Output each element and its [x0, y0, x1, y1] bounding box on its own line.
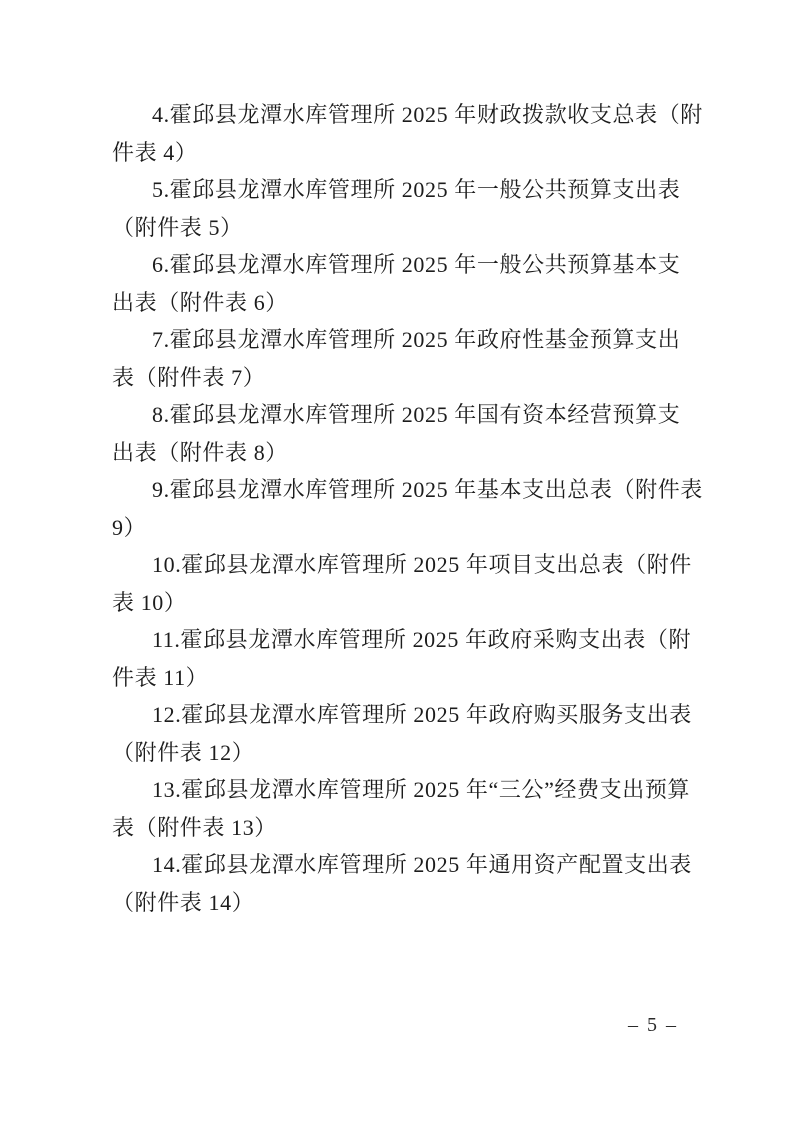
list-item-10: 10.霍邱县龙潭水库管理所 2025 年项目支出总表（附件 表 10）	[112, 546, 690, 621]
list-item-8-line-1: 8.霍邱县龙潭水库管理所 2025 年国有资本经营预算支	[112, 396, 690, 434]
list-item-13-line-2: 表（附件表 13）	[112, 809, 690, 847]
list-item-6-line-2: 出表（附件表 6）	[112, 284, 690, 322]
list-item-8: 8.霍邱县龙潭水库管理所 2025 年国有资本经营预算支 出表（附件表 8）	[112, 396, 690, 471]
list-item-14: 14.霍邱县龙潭水库管理所 2025 年通用资产配置支出表 （附件表 14）	[112, 846, 690, 921]
list-item-11-line-2: 件表 11）	[112, 659, 690, 697]
list-item-8-line-2: 出表（附件表 8）	[112, 434, 690, 472]
list-item-11-line-1: 11.霍邱县龙潭水库管理所 2025 年政府采购支出表（附	[112, 621, 690, 659]
list-item-9-line-2: 9）	[112, 509, 690, 547]
list-item-4: 4.霍邱县龙潭水库管理所 2025 年财政拨款收支总表（附 件表 4）	[112, 96, 690, 171]
list-item-13: 13.霍邱县龙潭水库管理所 2025 年“三公”经费支出预算 表（附件表 13）	[112, 771, 690, 846]
list-item-12-line-2: （附件表 12）	[112, 734, 690, 772]
list-item-6-line-1: 6.霍邱县龙潭水库管理所 2025 年一般公共预算基本支	[112, 246, 690, 284]
list-item-7-line-1: 7.霍邱县龙潭水库管理所 2025 年政府性基金预算支出	[112, 321, 690, 359]
list-item-5-line-2: （附件表 5）	[112, 209, 690, 247]
list-item-10-line-1: 10.霍邱县龙潭水库管理所 2025 年项目支出总表（附件	[112, 546, 690, 584]
list-item-6: 6.霍邱县龙潭水库管理所 2025 年一般公共预算基本支 出表（附件表 6）	[112, 246, 690, 321]
list-item-7-line-2: 表（附件表 7）	[112, 359, 690, 397]
list-item-11: 11.霍邱县龙潭水库管理所 2025 年政府采购支出表（附 件表 11）	[112, 621, 690, 696]
list-item-13-line-1: 13.霍邱县龙潭水库管理所 2025 年“三公”经费支出预算	[112, 771, 690, 809]
list-item-12: 12.霍邱县龙潭水库管理所 2025 年政府购买服务支出表 （附件表 12）	[112, 696, 690, 771]
document-page: 4.霍邱县龙潭水库管理所 2025 年财政拨款收支总表（附 件表 4） 5.霍邱…	[0, 0, 793, 1122]
list-item-5-line-1: 5.霍邱县龙潭水库管理所 2025 年一般公共预算支出表	[112, 171, 690, 209]
list-item-5: 5.霍邱县龙潭水库管理所 2025 年一般公共预算支出表 （附件表 5）	[112, 171, 690, 246]
list-item-9-line-1: 9.霍邱县龙潭水库管理所 2025 年基本支出总表（附件表	[112, 471, 690, 509]
list-item-14-line-1: 14.霍邱县龙潭水库管理所 2025 年通用资产配置支出表	[112, 846, 690, 884]
list-item-10-line-2: 表 10）	[112, 584, 690, 622]
list-item-7: 7.霍邱县龙潭水库管理所 2025 年政府性基金预算支出 表（附件表 7）	[112, 321, 690, 396]
list-item-4-line-1: 4.霍邱县龙潭水库管理所 2025 年财政拨款收支总表（附	[112, 96, 690, 134]
list-item-14-line-2: （附件表 14）	[112, 884, 690, 922]
attachment-list: 4.霍邱县龙潭水库管理所 2025 年财政拨款收支总表（附 件表 4） 5.霍邱…	[112, 96, 690, 921]
page-number: – 5 –	[112, 1011, 678, 1039]
list-item-4-line-2: 件表 4）	[112, 134, 690, 172]
list-item-9: 9.霍邱县龙潭水库管理所 2025 年基本支出总表（附件表 9）	[112, 471, 690, 546]
list-item-12-line-1: 12.霍邱县龙潭水库管理所 2025 年政府购买服务支出表	[112, 696, 690, 734]
